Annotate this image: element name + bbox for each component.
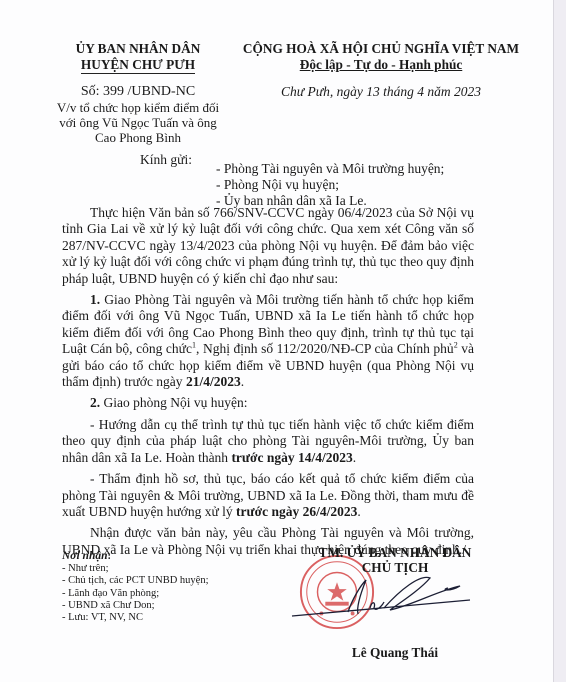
recipient: - Phòng Tài nguyên và Môi trường huyện; — [216, 161, 444, 177]
item-number: 2. — [90, 395, 100, 410]
noi-nhan-item: - Chủ tịch, các PCT UNBD huyện; — [62, 575, 252, 587]
noi-nhan-item: - UBND xã Chư Don; — [62, 600, 252, 612]
national-title: CỘNG HOÀ XÃ HỘI CHỦ NGHĨA VIỆT NAM Độc l… — [236, 41, 526, 73]
item-number: 1. — [90, 292, 100, 307]
signatory-org: TM. ỦY BAN NHÂN DÂN — [300, 545, 490, 560]
noi-nhan-item: - Lưu: VT, NV, NC — [62, 612, 252, 624]
item-2-sub-2: - Thẩm định hồ sơ, thủ tục, báo cáo kết … — [62, 471, 474, 520]
deadline: trước ngày 26/4/2023 — [236, 504, 357, 519]
intro-paragraph: Thực hiện Văn bản số 766/SNV-CCVC ngày 0… — [62, 205, 474, 287]
item-2-paragraph: 2. Giao phòng Nội vụ huyện: — [62, 395, 474, 411]
noi-nhan: Nơi nhận: - Như trên; - Chủ tịch, các PC… — [62, 550, 252, 624]
handwritten-signature-icon — [290, 570, 480, 630]
document-subject: V/v tổ chức họp kiểm điểm đối với ông Vũ… — [52, 100, 224, 145]
document-number: Số: 399 /UBND-NC — [52, 84, 224, 100]
document-body: Thực hiện Văn bản số 766/SNV-CCVC ngày 0… — [62, 205, 474, 563]
deadline: trước ngày 14/4/2023 — [231, 450, 352, 465]
date-place: Chư Pưh, ngày 13 tháng 4 năm 2023 — [236, 84, 526, 100]
noi-nhan-item: - Như trên; — [62, 563, 252, 575]
deadline: 21/4/2023 — [186, 374, 241, 389]
punct: : — [107, 551, 111, 562]
viewer-edge — [553, 0, 566, 682]
subject-line: V/v tổ chức họp kiểm điểm đối — [52, 100, 224, 115]
national-motto: Độc lập - Tự do - Hạnh phúc — [236, 57, 526, 73]
authority-line2: HUYỆN CHƯ PƯH — [81, 57, 195, 74]
national-title-line1: CỘNG HOÀ XÃ HỘI CHỦ NGHĨA VIỆT NAM — [236, 41, 526, 57]
punct: . — [353, 450, 356, 465]
item-text: Giao phòng Nội vụ huyện: — [100, 395, 247, 410]
kinh-gui-label: Kính gửi: — [140, 152, 192, 168]
signatory-name: Lê Quang Thái — [300, 645, 490, 661]
issuing-authority: ỦY BAN NHÂN DÂN HUYỆN CHƯ PƯH — [52, 41, 224, 74]
item-text: , Nghị định số 112/2020/NĐ-CP của Chính … — [196, 341, 454, 356]
item-2-sub-1: - Hướng dẫn cụ thể trình tự thủ tục tiến… — [62, 417, 474, 466]
noi-nhan-title: Nơi nhận — [62, 550, 107, 562]
subject-line: Cao Phong Bình — [52, 130, 224, 145]
subject-line: với ông Vũ Ngọc Tuấn và ông — [52, 115, 224, 130]
recipient: - Phòng Nội vụ huyện; — [216, 177, 444, 193]
document-page: ỦY BAN NHÂN DÂN HUYỆN CHƯ PƯH CỘNG HOÀ X… — [0, 0, 553, 682]
recipient-list: - Phòng Tài nguyên và Môi trường huyện; … — [216, 161, 444, 209]
item-1-paragraph: 1. Giao Phòng Tài nguyên và Môi trường t… — [62, 292, 474, 390]
punct: . — [357, 504, 360, 519]
authority-line1: ỦY BAN NHÂN DÂN — [52, 41, 224, 57]
punct: . — [241, 374, 244, 389]
noi-nhan-item: - Lãnh đạo Văn phòng; — [62, 588, 252, 600]
